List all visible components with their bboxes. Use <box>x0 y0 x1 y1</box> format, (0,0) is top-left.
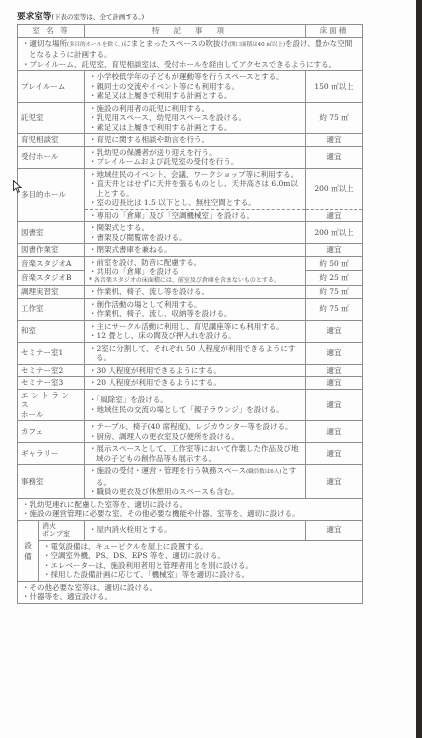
table-row: 多目的ホール ・地域住民のイベント、会議、ワークショップ等に利用する。 ・直天井… <box>18 168 363 209</box>
table-row: 育児相談室 ・育児に関する相談や助言を行う。 適宜 <box>18 134 363 147</box>
header-area: 床面積 <box>306 25 363 38</box>
room-name: エントランス ホール <box>18 389 85 421</box>
room-spec: ・開架式とする。 ・書架及び閲覧席を設ける。 <box>85 222 306 244</box>
room-name: 図書作業室 <box>18 244 85 257</box>
table-row: 事務室 ・施設の受付・運営・管理を行う執務スペース(職員数は6人)とする。 ・職… <box>18 465 363 499</box>
room-spec: ・主にサークル活動に利用し、育児講座等にも利用する。 ・12 畳とし、床の間及び… <box>85 320 306 342</box>
room-spec: ・小学校低学年の子どもが運動等を行うスペースとする。 ・親同士の交流やイベント等… <box>85 71 306 103</box>
header-room-name: 室 名 等 <box>18 25 85 38</box>
section-heading: 要求室等(下表の室等は、全て計画する。) <box>17 10 144 22</box>
room-name: セミナー室3 <box>18 377 85 390</box>
room-spec: ・屋内消火栓用とする。 <box>85 520 306 540</box>
general-note-1: ・適切な場所(多目的ホールを除く。)にまとまったスペースの吹抜け(開口面積は40… <box>21 39 359 60</box>
table-row: エントランス ホール ・「風除室」を設ける。 ・地域住民の交流の場として「親子ラ… <box>18 389 363 421</box>
room-spec: ・30 人程度が利用できるようにする。 <box>85 364 306 377</box>
room-spec: ・テーブル、椅子(40 席程度)、レジカウンター等を設ける。 ・厨房、調理人の更… <box>85 421 306 443</box>
header-spec: 特記事項 <box>85 25 306 38</box>
room-name: セミナー室1 <box>18 342 85 364</box>
room-name: 育児相談室 <box>18 134 85 147</box>
room-area: 150 ㎡以上 <box>306 71 363 103</box>
room-spec: ・「風除室」を設ける。 ・地域住民の交流の場として「親子ラウンジ」を設ける。 <box>85 389 306 421</box>
table-row: 図書室 ・開架式とする。 ・書架及び閲覧席を設ける。 200 ㎡以上 <box>18 222 363 244</box>
room-name: 託児室 <box>18 102 85 134</box>
table-header-row: 室 名 等 特記事項 床面積 <box>18 25 363 38</box>
room-name: 消火 ポンプ室 <box>39 520 85 540</box>
equipment-pump-row: 設 備 消火 ポンプ室 ・屋内消火栓用とする。 適宜 <box>18 520 363 540</box>
room-name: 多目的ホール <box>18 168 85 222</box>
room-area-sub: 適宜 <box>306 209 363 222</box>
general-notes: ・適切な場所(多目的ホールを除く。)にまとまったスペースの吹抜け(開口面積は40… <box>18 37 363 71</box>
heading-title: 要求室等 <box>17 12 51 22</box>
mid-notes-row: ・乳幼児連れに配慮した室等を、適切に設ける。 ・施設の運営管理に必要な室、その他… <box>18 498 363 520</box>
room-name: 事務室 <box>18 465 85 499</box>
room-spec-sub: ・専用の「倉庫」及び「空調機械室」を設ける。 <box>85 209 306 222</box>
room-name: 和室 <box>18 320 85 342</box>
room-area: 適宜 <box>306 377 363 390</box>
room-spec: ・施設の利用者の託児に利用する。 ・乳児用スペース、幼児用スペースを設ける。 ・… <box>85 102 306 134</box>
room-area: 適宜 <box>306 244 363 257</box>
room-spec: ・地域住民のイベント、会議、ワークショップ等に利用する。 ・直天井とはせずに天井… <box>85 168 306 209</box>
room-name: セミナー室2 <box>18 364 85 377</box>
room-spec: ・前室を設け、防音に配慮する。 ・共用の「倉庫」を設ける * 各音楽スタジオの床… <box>85 256 306 286</box>
requirements-table: 室 名 等 特記事項 床面積 ・適切な場所(多目的ホールを除く。)にまとまったス… <box>17 24 363 604</box>
room-area: 適宜 <box>306 421 363 443</box>
table-row: ギャラリー ・展示スペースとして、工作室等において作製した作品及び地域の子どもの… <box>18 443 363 465</box>
room-name: 受付ホール <box>18 146 85 168</box>
room-area: 適宜 <box>306 443 363 465</box>
footer-notes-row: ・その他必要な室等は、適切に設ける。 ・什器等を、適宜設ける。 <box>18 581 363 603</box>
mid-notes: ・乳幼児連れに配慮した室等を、適切に設ける。 ・施設の運営管理に必要な室、その他… <box>18 498 363 520</box>
room-spec: ・育児に関する相談や助言を行う。 <box>85 134 306 147</box>
room-spec: ・創作活動の場として利用する。 ・作業机、椅子、流し、収納等を設ける。 <box>85 298 306 320</box>
table-row: カフェ ・テーブル、椅子(40 席程度)、レジカウンター等を設ける。 ・厨房、調… <box>18 421 363 443</box>
heading-subtitle: (下表の室等は、全て計画する。) <box>51 13 144 21</box>
room-name: 音楽スタジオB <box>18 271 85 286</box>
room-area: 約 25 ㎡ <box>306 271 363 286</box>
room-spec: ・展示スペースとして、工作室等において作製した作品及び地域の子どもの創作品等も展… <box>85 443 306 465</box>
room-name: 調理実習室 <box>18 286 85 299</box>
room-area: 適宜 <box>306 389 363 421</box>
room-name: 音楽スタジオA <box>18 256 85 271</box>
room-name: 図書室 <box>18 222 85 244</box>
room-spec: ・20 人程度が利用できるようにする。 <box>85 377 306 390</box>
equipment-label: 設 備 <box>18 520 39 581</box>
room-area: 約 75 ㎡ <box>306 298 363 320</box>
room-spec: ・2室に分割して、それぞれ 50 人程度が利用できるようにする。 <box>85 342 306 364</box>
room-area: 200 ㎡以上 <box>306 222 363 244</box>
room-area: 適宜 <box>306 342 363 364</box>
table-row: 調理実習室 ・作業机、椅子、流し等を設ける。 約 75 ㎡ <box>18 286 363 299</box>
room-name: 工作室 <box>18 298 85 320</box>
table-row: セミナー室2 ・30 人程度が利用できるようにする。 適宜 <box>18 364 363 377</box>
mouse-cursor-icon <box>13 180 22 193</box>
general-notes-row: ・適切な場所(多目的ホールを除く。)にまとまったスペースの吹抜け(開口面積は40… <box>18 37 363 71</box>
room-spec: ・乳幼児の保護者が送り迎えを行う。 ・プレイルームおよび託児室の受付を行う。 <box>85 146 306 168</box>
room-area: 約 50 ㎡ <box>306 256 363 271</box>
room-area: 約 75 ㎡ <box>306 102 363 134</box>
table-row: 工作室 ・創作活動の場として利用する。 ・作業机、椅子、流し、収納等を設ける。 … <box>18 298 363 320</box>
room-area: 適宜 <box>306 320 363 342</box>
table-row: セミナー室3 ・20 人程度が利用できるようにする。 適宜 <box>18 377 363 390</box>
table-row: 託児室 ・施設の利用者の託児に利用する。 ・乳児用スペース、幼児用スペースを設け… <box>18 102 363 134</box>
room-area: 適宜 <box>306 364 363 377</box>
equipment-notes-row: ・電気設備は、キュービクルを屋上に設置する。 ・空調室外機、PS、DS、EPS … <box>18 540 363 581</box>
footer-notes: ・その他必要な室等は、適切に設ける。 ・什器等を、適宜設ける。 <box>18 581 363 603</box>
equipment-notes: ・電気設備は、キュービクルを屋上に設置する。 ・空調室外機、PS、DS、EPS … <box>39 540 363 581</box>
table-row: プレイルーム ・小学校低学年の子どもが運動等を行うスペースとする。 ・親同士の交… <box>18 71 363 103</box>
table-row: 受付ホール ・乳幼児の保護者が送り迎えを行う。 ・プレイルームおよび託児室の受付… <box>18 146 363 168</box>
room-name: ギャラリー <box>18 443 85 465</box>
general-note-2: ・プレイルーム、託児室、育児相談室は、受付ホールを経由してアクセスできるようにす… <box>21 60 359 70</box>
table-row: 和室 ・主にサークル活動に利用し、育児講座等にも利用する。 ・12 畳とし、床の… <box>18 320 363 342</box>
room-spec: ・作業机、椅子、流し等を設ける。 <box>85 286 306 299</box>
table-row: 音楽スタジオA ・前室を設け、防音に配慮する。 ・共用の「倉庫」を設ける * 各… <box>18 256 363 271</box>
room-area: 適宜 <box>306 465 363 499</box>
room-spec: ・閉架式書庫を兼ねる。 <box>85 244 306 257</box>
table-row: セミナー室1 ・2室に分割して、それぞれ 50 人程度が利用できるようにする。 … <box>18 342 363 364</box>
room-name: プレイルーム <box>18 71 85 103</box>
room-area: 適宜 <box>306 146 363 168</box>
room-area: 200 ㎡以上 <box>306 168 363 209</box>
room-area: 約 75 ㎡ <box>306 286 363 299</box>
room-spec: ・施設の受付・運営・管理を行う執務スペース(職員数は6人)とする。 ・職員の更衣… <box>85 465 306 499</box>
room-area: 適宜 <box>306 520 363 540</box>
room-area: 適宜 <box>306 134 363 147</box>
window-edge-strip <box>416 0 422 738</box>
room-name: カフェ <box>18 421 85 443</box>
table-row: 図書作業室 ・閉架式書庫を兼ねる。 適宜 <box>18 244 363 257</box>
